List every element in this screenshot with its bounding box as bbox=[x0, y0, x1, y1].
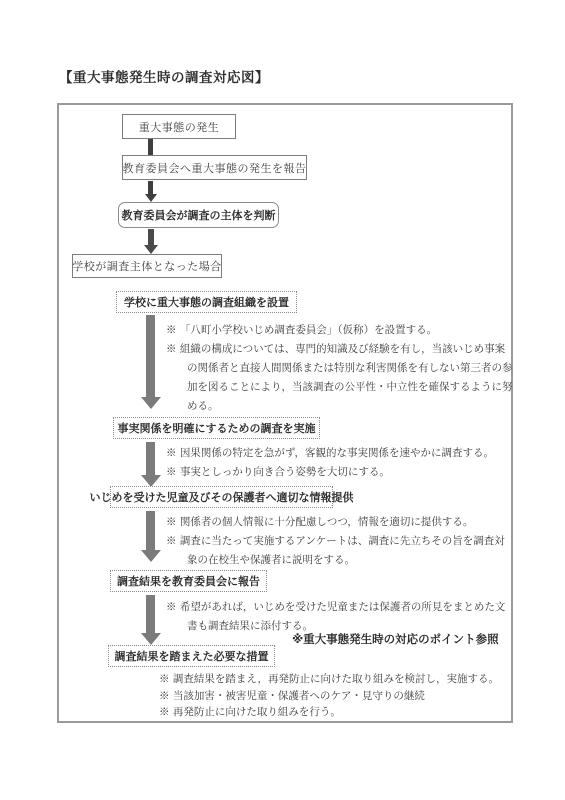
arrow-head bbox=[141, 397, 161, 409]
arrow-down-icon bbox=[140, 442, 161, 487]
arrow-head bbox=[141, 633, 161, 645]
page-title: 【重大事態発生時の調査対応図】 bbox=[59, 66, 269, 86]
arrow-stem bbox=[146, 315, 155, 397]
note-item: ※ 関係者の個人情報に十分配慮しつつ，情報を適切に提供する。 bbox=[166, 513, 514, 532]
step-box-report-to-board: 教育委員会へ重大事態の発生を報告 bbox=[122, 155, 307, 180]
reference-note: ※重大事態発生時の対応のポイント参照 bbox=[292, 631, 499, 647]
arrow-stem bbox=[146, 595, 155, 633]
step-box-setup-investigation-org: 学校に重大事態の調査組織を設置 bbox=[116, 291, 297, 313]
arrow-down-icon bbox=[140, 511, 161, 562]
arrow-down-icon bbox=[144, 181, 157, 202]
note-list-information: ※ 関係者の個人情報に十分配慮しつつ，情報を適切に提供する。 ※ 調査に当たって… bbox=[166, 513, 514, 570]
arrow-down-icon bbox=[143, 229, 158, 254]
note-item: ※ 事実としっかり向き合う姿勢を大切にする。 bbox=[166, 463, 514, 482]
step-box-report-results: 調査結果を教育委員会に報告 bbox=[110, 570, 267, 592]
note-list-measures: ※ 調査結果を踏まえ，再発防止に向けた取り組みを検討し，実施する。 ※ 当該加害… bbox=[159, 671, 515, 721]
note-item: ※ 組織の構成については、専門的知識及び経験を有し，当該いじめ事案の関係者と直接… bbox=[166, 340, 514, 416]
arrow-stem bbox=[148, 181, 153, 194]
arrow-down-icon bbox=[140, 315, 161, 409]
note-list-investigation: ※ 因果関係の特定を急がず，客観的な事実関係を速やかに調査する。 ※ 事実としっ… bbox=[166, 444, 514, 482]
arrow-stem bbox=[146, 442, 155, 475]
arrow-head bbox=[141, 550, 161, 562]
step-box-incident-occurrence: 重大事態の発生 bbox=[122, 114, 236, 139]
arrow-stem bbox=[148, 229, 154, 245]
arrow-down-icon bbox=[140, 595, 161, 645]
step-box-school-as-investigator: 学校が調査主体となった場合 bbox=[72, 254, 222, 278]
note-item: ※ 再発防止に向けた取り組みを行う。 bbox=[159, 704, 515, 721]
step-box-board-decides-investigator: 教育委員会が調査の主体を判断 bbox=[118, 202, 279, 228]
step-box-provide-information: いじめを受けた児童及びその保護者へ適切な情報提供 bbox=[110, 486, 333, 508]
note-item: ※ 調査に当たって実施するアンケートは、調査に先立ちその旨を調査対象の在校生や保… bbox=[166, 532, 514, 570]
note-item: ※ 「八町小学校いじめ調査委員会」（仮称）を設置する。 bbox=[166, 321, 514, 340]
document-page: 【重大事態発生時の調査対応図】 重大事態の発生 教育委員会へ重大事態の発生を報告… bbox=[0, 0, 565, 800]
step-box-conduct-investigation: 事実関係を明確にするための調査を実施 bbox=[113, 417, 320, 439]
arrow-head bbox=[144, 245, 158, 254]
connector-line bbox=[148, 139, 153, 156]
note-item: ※ 調査結果を踏まえ，再発防止に向けた取り組みを検討し，実施する。 bbox=[159, 671, 515, 688]
arrow-stem bbox=[146, 511, 155, 550]
note-list-setup-org: ※ 「八町小学校いじめ調査委員会」（仮称）を設置する。 ※ 組織の構成については… bbox=[166, 321, 514, 416]
note-item: ※ 因果関係の特定を急がず，客観的な事実関係を速やかに調査する。 bbox=[166, 444, 514, 463]
arrow-head bbox=[145, 194, 157, 202]
note-item: ※ 当該加害・被害児童・保護者へのケア・見守りの継続 bbox=[159, 688, 515, 705]
step-box-necessary-measures: 調査結果を踏まえた必要な措置 bbox=[108, 645, 275, 667]
